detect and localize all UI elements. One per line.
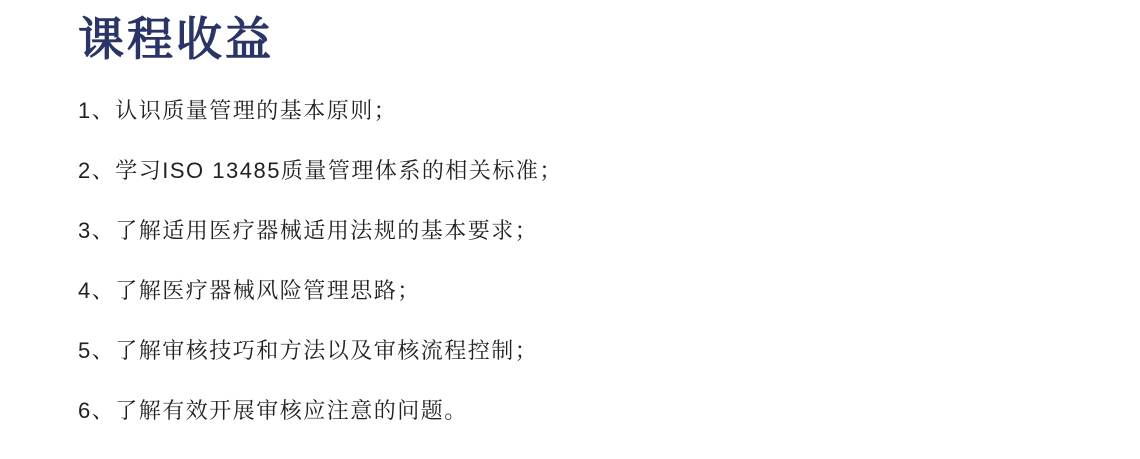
list-item: 6、了解有效开展审核应注意的问题。	[78, 399, 1140, 423]
page-title: 课程收益	[78, 14, 1140, 65]
list-item: 5、了解审核技巧和方法以及审核流程控制；	[78, 339, 1140, 363]
benefit-list: 1、认识质量管理的基本原则；2、学习ISO 13485质量管理体系的相关标准；3…	[78, 99, 1140, 423]
list-item: 1、认识质量管理的基本原则；	[78, 99, 1140, 123]
list-item: 4、了解医疗器械风险管理思路；	[78, 279, 1140, 303]
list-item: 3、了解适用医疗器械适用法规的基本要求；	[78, 219, 1140, 243]
list-item: 2、学习ISO 13485质量管理体系的相关标准；	[78, 159, 1140, 183]
course-benefits-page: 课程收益 1、认识质量管理的基本原则；2、学习ISO 13485质量管理体系的相…	[0, 0, 1140, 459]
